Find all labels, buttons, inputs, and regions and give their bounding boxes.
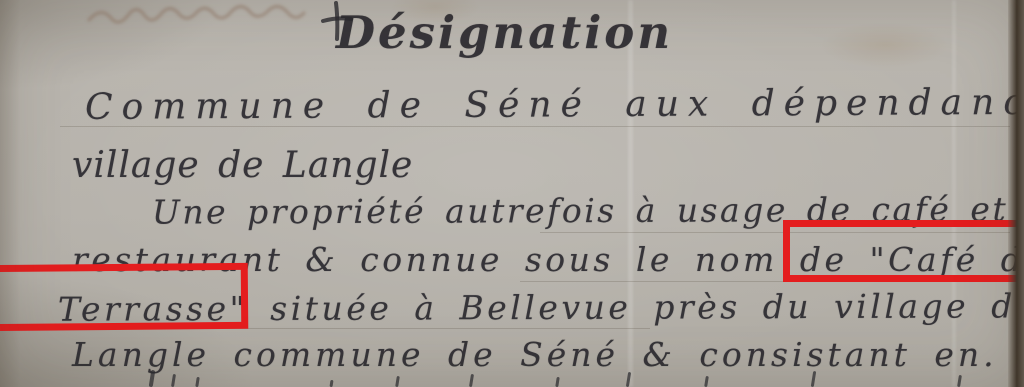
text-line-6: Langle commune de Séné & consistant en.	[72, 335, 998, 374]
paper-stain	[820, 22, 950, 68]
document-photo: Désignation Commune de Séné aux dépendan…	[0, 0, 1024, 387]
text-line-2: village de Langle	[72, 145, 413, 186]
text-line-1: Commune de Séné aux dépendances du	[85, 81, 1024, 128]
document-title: Désignation	[336, 6, 673, 59]
highlight-box-cafe-de-la	[783, 220, 1024, 282]
bleedthrough-ink-trace	[84, 0, 334, 32]
page-edge-shadow	[1008, 0, 1024, 387]
highlight-box-terrasse	[0, 263, 248, 331]
